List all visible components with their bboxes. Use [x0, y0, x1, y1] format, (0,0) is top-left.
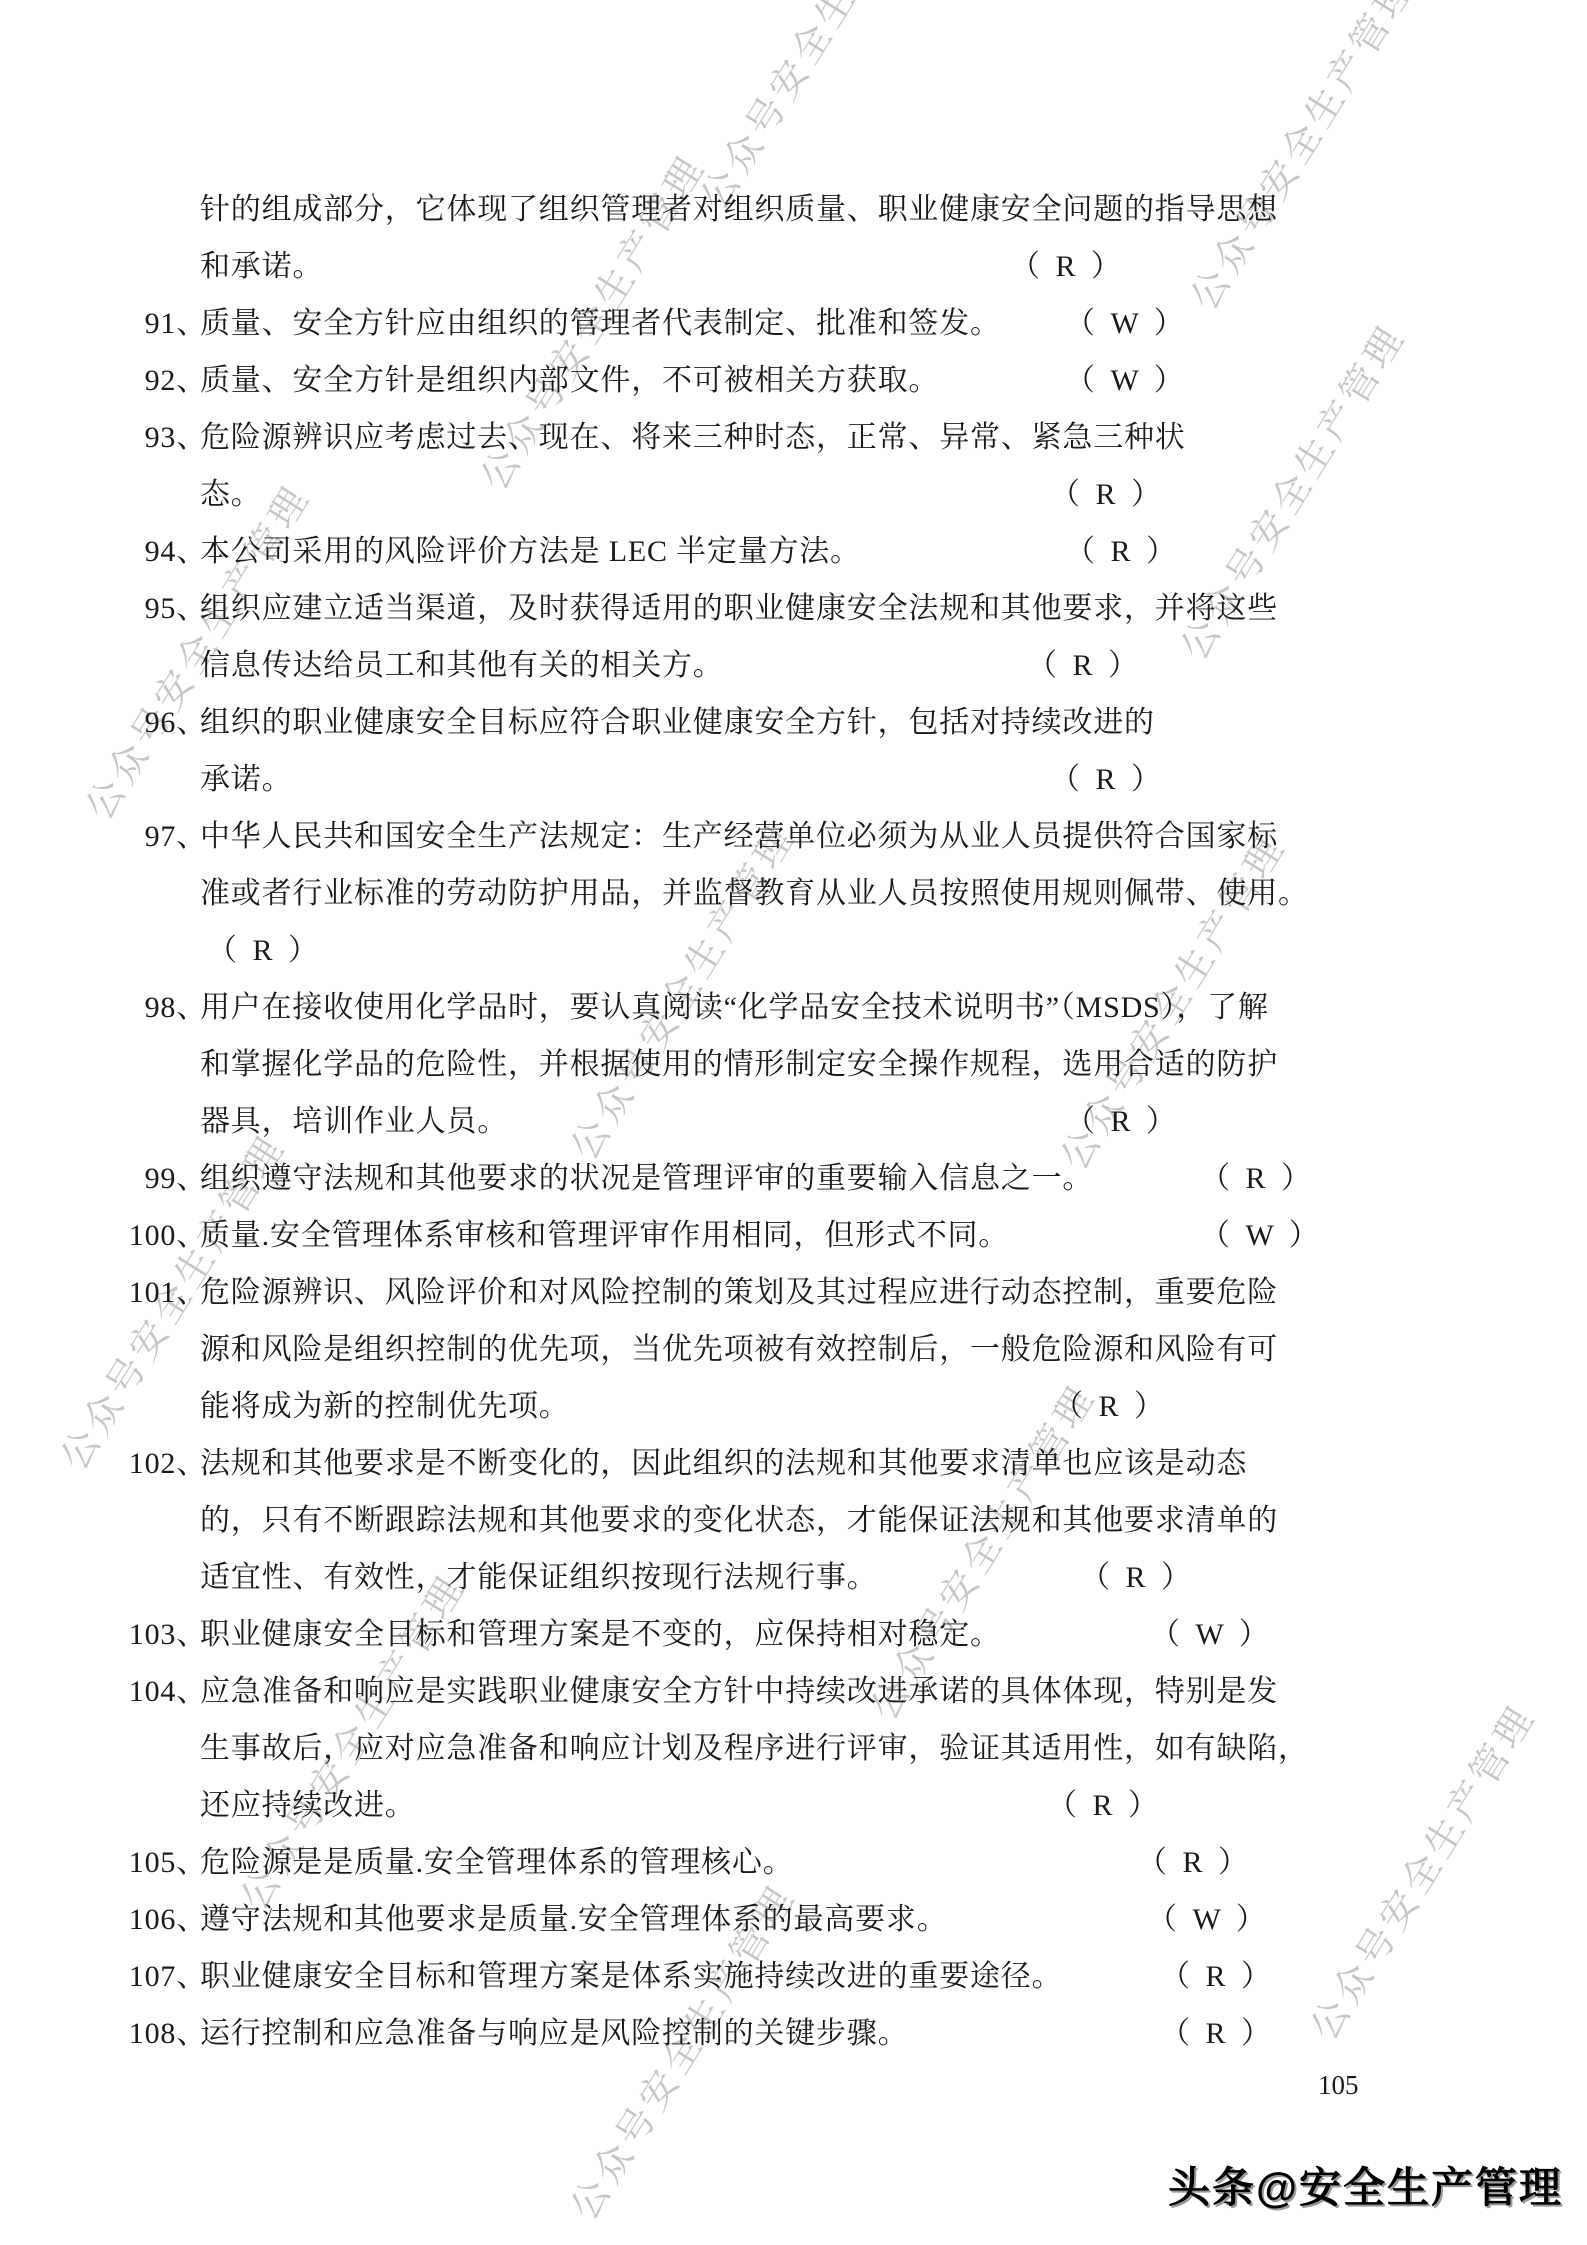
answer-mark: （ R ） — [1137, 1834, 1252, 1891]
question-line: （ R ） — [0, 922, 1587, 979]
answer-mark: （ R ） — [1027, 637, 1142, 694]
question-line: 97、中华人民共和国安全生产法规定：生产经营单位必须为从业人员提供符合国家标 — [0, 808, 1587, 865]
question-line: 100、质量.安全管理体系审核和管理评审作用相同，但形式不同。（ W ） — [0, 1207, 1587, 1264]
question-line: 94、本公司采用的风险评价方法是 LEC 半定量方法。（ R ） — [0, 523, 1587, 580]
answer-mark: （ R ） — [1160, 2005, 1275, 2062]
question-line: 态。（ R ） — [0, 466, 1587, 523]
question-line: 91、质量、安全方针应由组织的管理者代表制定、批准和签发。（ W ） — [0, 295, 1587, 352]
page-number: 105 — [1318, 2070, 1359, 2101]
question-text: 承诺。 — [200, 763, 292, 796]
question-line: 和掌握化学品的危险性，并根据使用的情形制定安全操作规程，选用合适的防护 — [0, 1036, 1587, 1093]
question-text: 质量、安全方针是组织内部文件，不可被相关方获取。 — [200, 364, 939, 397]
question-line: 的，只有不断跟踪法规和其他要求的变化状态，才能保证法规和其他要求清单的 — [0, 1492, 1587, 1549]
question-number: 105、 — [110, 1834, 207, 1891]
question-text: 源和风险是组织控制的优先项，当优先项被有效控制后，一般危险源和风险有可 — [200, 1333, 1278, 1366]
question-line: 96、组织的职业健康安全目标应符合职业健康安全方针，包括对持续改进的 — [0, 694, 1587, 751]
question-number: 101、 — [110, 1264, 207, 1321]
question-line: 还应持续改进。（ R ） — [0, 1777, 1587, 1834]
question-line: 106、遵守法规和其他要求是质量.安全管理体系的最高要求。（ W ） — [0, 1891, 1587, 1948]
question-line: 103、职业健康安全目标和管理方案是不变的，应保持相对稳定。（ W ） — [0, 1606, 1587, 1663]
answer-mark: （ R ） — [207, 922, 322, 979]
answer-mark: （ W ） — [1200, 1207, 1323, 1264]
question-text: 质量、安全方针应由组织的管理者代表制定、批准和签发。 — [200, 307, 1001, 340]
question-line: 107、职业健康安全目标和管理方案是体系实施持续改进的重要途径。（ R ） — [0, 1948, 1587, 2005]
question-line: 适宜性、有效性，才能保证组织按现行法规行事。（ R ） — [0, 1549, 1587, 1606]
question-line: 针的组成部分，它体现了组织管理者对组织质量、职业健康安全问题的指导思想 — [0, 181, 1587, 238]
question-text: 组织的职业健康安全目标应符合职业健康安全方针，包括对持续改进的 — [200, 706, 1155, 739]
answer-mark: （ R ） — [1050, 466, 1165, 523]
question-number: 94、 — [110, 523, 207, 580]
answer-mark: （ R ） — [1065, 1093, 1180, 1150]
question-line: 99、组织遵守法规和其他要求的状况是管理评审的重要输入信息之一。（ R ） — [0, 1150, 1587, 1207]
answer-mark: （ W ） — [1150, 1606, 1273, 1663]
question-text: 准或者行业标准的劳动防护用品，并监督教育从业人员按照使用规则佩带、使用。 — [200, 877, 1309, 910]
question-line: 源和风险是组织控制的优先项，当优先项被有效控制后，一般危险源和风险有可 — [0, 1321, 1587, 1378]
question-line: 生事故后，应对应急准备和响应计划及程序进行评审，验证其适用性，如有缺陷， — [0, 1720, 1587, 1777]
question-text: 质量.安全管理体系审核和管理评审作用相同，但形式不同。 — [200, 1219, 1009, 1252]
document-page: 公众号安全生产管理公众号安全生产管理公众号安全生产管理公众号安全生产管理公众号安… — [0, 0, 1587, 2245]
question-text: 危险源是是质量.安全管理体系的管理核心。 — [200, 1846, 794, 1879]
question-line: 101、危险源辨识、风险评价和对风险控制的策划及其过程应进行动态控制，重要危险 — [0, 1264, 1587, 1321]
question-line: 准或者行业标准的劳动防护用品，并监督教育从业人员按照使用规则佩带、使用。 — [0, 865, 1587, 922]
question-text: 职业健康安全目标和管理方案是不变的，应保持相对稳定。 — [200, 1618, 1001, 1651]
answer-mark: （ R ） — [1080, 1549, 1195, 1606]
question-line: 108、运行控制和应急准备与响应是风险控制的关键步骤。（ R ） — [0, 2005, 1587, 2062]
question-line: 和承诺。（ R ） — [0, 238, 1587, 295]
question-number: 98、 — [110, 979, 207, 1036]
question-number: 95、 — [110, 580, 207, 637]
question-text: 危险源辨识、风险评价和对风险控制的策划及其过程应进行动态控制，重要危险 — [200, 1276, 1278, 1309]
question-line: 93、危险源辨识应考虑过去、现在、将来三种时态，正常、异常、紧急三种状 — [0, 409, 1587, 466]
question-list: 针的组成部分，它体现了组织管理者对组织质量、职业健康安全问题的指导思想和承诺。（… — [0, 181, 1587, 2062]
question-number: 97、 — [110, 808, 207, 865]
answer-mark: （ W ） — [1065, 295, 1188, 352]
answer-mark: （ R ） — [1047, 1777, 1162, 1834]
question-text: 器具，培训作业人员。 — [200, 1105, 508, 1138]
answer-mark: （ R ） — [1053, 1378, 1168, 1435]
question-number: 107、 — [110, 1948, 207, 2005]
answer-mark: （ R ） — [1010, 238, 1125, 295]
question-number: 99、 — [110, 1150, 207, 1207]
question-number: 100、 — [110, 1207, 207, 1264]
question-text: 职业健康安全目标和管理方案是体系实施持续改进的重要途径。 — [200, 1960, 1062, 1993]
question-text: 应急准备和响应是实践职业健康安全方针中持续改进承诺的具体体现，特别是发 — [200, 1675, 1278, 1708]
question-text: 组织应建立适当渠道，及时获得适用的职业健康安全法规和其他要求，并将这些 — [200, 592, 1278, 625]
answer-mark: （ W ） — [1065, 352, 1188, 409]
answer-mark: （ R ） — [1200, 1150, 1315, 1207]
question-line: 信息传达给员工和其他有关的相关方。（ R ） — [0, 637, 1587, 694]
question-line: 95、组织应建立适当渠道，及时获得适用的职业健康安全法规和其他要求，并将这些 — [0, 580, 1587, 637]
question-number: 108、 — [110, 2005, 207, 2062]
question-text: 运行控制和应急准备与响应是风险控制的关键步骤。 — [200, 2017, 908, 2050]
footer-credit: 头条@安全生产管理 — [1168, 2155, 1563, 2215]
question-line: 能将成为新的控制优先项。（ R ） — [0, 1378, 1587, 1435]
question-line: 104、应急准备和响应是实践职业健康安全方针中持续改进承诺的具体体现，特别是发 — [0, 1663, 1587, 1720]
question-text: 危险源辨识应考虑过去、现在、将来三种时态，正常、异常、紧急三种状 — [200, 421, 1186, 454]
question-line: 承诺。（ R ） — [0, 751, 1587, 808]
question-text: 用户在接收使用化学品时，要认真阅读“化学品安全技术说明书”（MSDS），了解 — [200, 991, 1269, 1024]
question-number: 92、 — [110, 352, 207, 409]
question-text: 和承诺。 — [200, 250, 323, 283]
answer-mark: （ R ） — [1160, 1948, 1275, 2005]
question-line: 102、法规和其他要求是不断变化的，因此组织的法规和其他要求清单也应该是动态 — [0, 1435, 1587, 1492]
question-number: 106、 — [110, 1891, 207, 1948]
question-text: 还应持续改进。 — [200, 1789, 416, 1822]
question-number: 96、 — [110, 694, 207, 751]
question-text: 生事故后，应对应急准备和响应计划及程序进行评审，验证其适用性，如有缺陷， — [200, 1732, 1309, 1765]
question-line: 器具，培训作业人员。（ R ） — [0, 1093, 1587, 1150]
question-text: 的，只有不断跟踪法规和其他要求的变化状态，才能保证法规和其他要求清单的 — [200, 1504, 1278, 1537]
question-text: 遵守法规和其他要求是质量.安全管理体系的最高要求。 — [200, 1903, 948, 1936]
question-number: 103、 — [110, 1606, 207, 1663]
question-number: 102、 — [110, 1435, 207, 1492]
question-text: 组织遵守法规和其他要求的状况是管理评审的重要输入信息之一。 — [200, 1162, 1093, 1195]
answer-mark: （ R ） — [1050, 751, 1165, 808]
question-text: 针的组成部分，它体现了组织管理者对组织质量、职业健康安全问题的指导思想 — [200, 193, 1278, 226]
answer-mark: （ W ） — [1147, 1891, 1270, 1948]
question-text: 中华人民共和国安全生产法规定：生产经营单位必须为从业人员提供符合国家标 — [200, 820, 1278, 853]
question-line: 92、质量、安全方针是组织内部文件，不可被相关方获取。（ W ） — [0, 352, 1587, 409]
question-number: 91、 — [110, 295, 207, 352]
question-line: 105、危险源是是质量.安全管理体系的管理核心。（ R ） — [0, 1834, 1587, 1891]
question-text: 态。 — [200, 478, 262, 511]
question-text: 能将成为新的控制优先项。 — [200, 1390, 570, 1423]
question-text: 信息传达给员工和其他有关的相关方。 — [200, 649, 724, 682]
question-text: 和掌握化学品的危险性，并根据使用的情形制定安全操作规程，选用合适的防护 — [200, 1048, 1278, 1081]
question-number: 93、 — [110, 409, 207, 466]
question-text: 适宜性、有效性，才能保证组织按现行法规行事。 — [200, 1561, 878, 1594]
question-number: 104、 — [110, 1663, 207, 1720]
question-line: 98、用户在接收使用化学品时，要认真阅读“化学品安全技术说明书”（MSDS），了… — [0, 979, 1587, 1036]
question-text: 法规和其他要求是不断变化的，因此组织的法规和其他要求清单也应该是动态 — [200, 1447, 1247, 1480]
answer-mark: （ R ） — [1065, 523, 1180, 580]
question-text: 本公司采用的风险评价方法是 LEC 半定量方法。 — [200, 535, 861, 568]
